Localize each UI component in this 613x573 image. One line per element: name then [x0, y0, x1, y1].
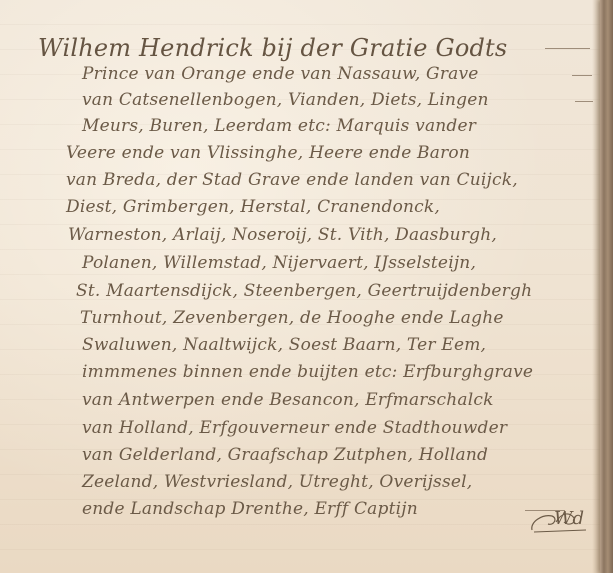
text-line-12: Swaluwen, Naaltwijck, Soest Baarn, Ter E… — [82, 335, 486, 355]
text-line-2: Prince van Orange ende van Nassauw, Grav… — [82, 64, 479, 84]
text-line-5: Veere ende van Vlissinghe, Heere ende Ba… — [66, 143, 470, 163]
text-line-15: van Holland, Erfgouverneur ende Stadthou… — [82, 418, 507, 438]
text-line-10: St. Maartensdijck, Steenbergen, Geertrui… — [76, 281, 532, 301]
line-filler-dash — [545, 48, 590, 49]
text-line-3: van Catsenellenbogen, Vianden, Diets, Li… — [82, 90, 489, 110]
text-line-16: van Gelderland, Graafschap Zutphen, Holl… — [82, 445, 488, 465]
text-line-11: Turnhout, Zevenbergen, de Hooghe ende La… — [80, 308, 504, 328]
paraph-initials: Wd — [554, 508, 584, 529]
book-spine — [600, 0, 613, 573]
text-line-14: van Antwerpen ende Besancon, Erfmarschal… — [82, 390, 494, 410]
text-line-13: immmenes binnen ende buijten etc: Erfbur… — [82, 362, 533, 382]
text-line-9: Polanen, Willemstad, Nijervaert, IJssels… — [82, 253, 476, 273]
text-line-4: Meurs, Buren, Leerdam etc: Marquis vande… — [82, 116, 476, 136]
text-line-6: van Breda, der Stad Grave ende landen va… — [66, 170, 518, 190]
manuscript-page: Wilhem Hendrick bij der Gratie Godts Pri… — [0, 0, 613, 573]
paraph-signature: Wd — [528, 502, 588, 536]
line-filler-dash — [575, 101, 593, 102]
text-line-17: Zeeland, Westvriesland, Utreght, Overijs… — [82, 472, 472, 492]
text-line-18: ende Landschap Drenthe, Erff Captijn — [82, 499, 418, 519]
text-line-7: Diest, Grimbergen, Herstal, Cranendonck, — [66, 197, 440, 217]
manuscript-text: Wilhem Hendrick bij der Gratie Godts Pri… — [0, 0, 600, 573]
text-line-8: Warneston, Arlaij, Noseroij, St. Vith, D… — [68, 225, 497, 245]
line-filler-dash — [572, 75, 592, 76]
text-line-1: Wilhem Hendrick bij der Gratie Godts — [38, 34, 507, 62]
